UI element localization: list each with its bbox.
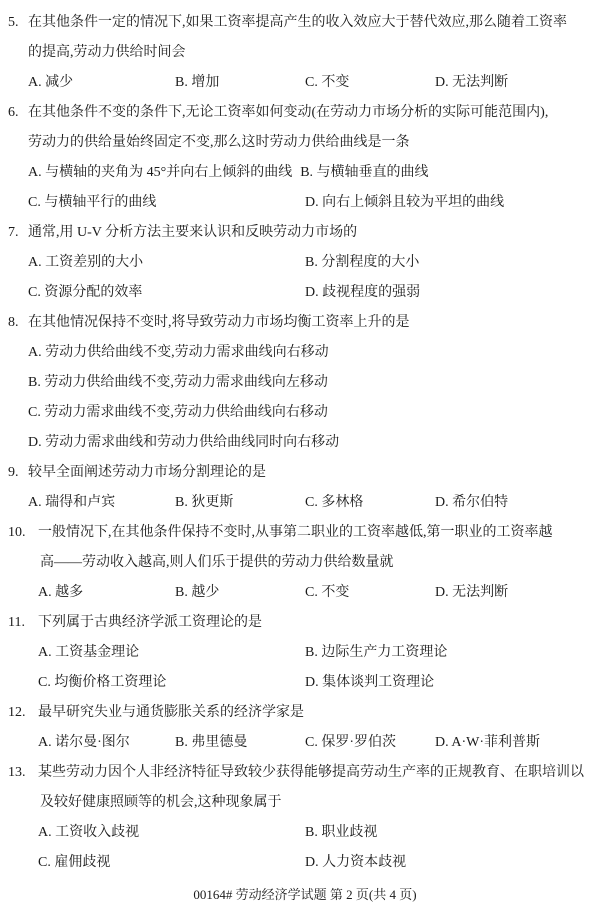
option: C. 雇佣歧视 xyxy=(38,848,305,878)
option: A. 工资差别的大小 xyxy=(28,248,305,278)
option: C. 保罗·罗伯茨 xyxy=(305,728,435,758)
option: A. 工资基金理论 xyxy=(38,638,305,668)
option: B. 边际生产力工资理论 xyxy=(305,638,447,668)
option: A. 诺尔曼·图尔 xyxy=(38,728,175,758)
question-stem: 高——劳动收入越高,则人们乐于提供的劳动力供给数量就 xyxy=(0,548,610,578)
option: B. 劳动力供给曲线不变,劳动力需求曲线向左移动 xyxy=(0,368,610,398)
question-number: 5. xyxy=(8,8,28,38)
option: A. 工资收入歧视 xyxy=(38,818,305,848)
option: B. 增加 xyxy=(175,68,305,98)
question: 10. 一般情况下,在其他条件保持不变时,从事第二职业的工资率越低,第一职业的工… xyxy=(0,518,610,608)
question-number: 13. xyxy=(8,758,38,788)
question: 9. 较早全面阐述劳动力市场分割理论的是 A. 瑞得和卢宾B. 狄更斯C. 多林… xyxy=(0,458,610,518)
option: C. 劳动力需求曲线不变,劳动力供给曲线向右移动 xyxy=(0,398,610,428)
question-stem: 下列属于古典经济学派工资理论的是 xyxy=(38,608,610,638)
question-stem: 及较好健康照顾等的机会,这种现象属于 xyxy=(0,788,610,818)
question-stem: 最早研究失业与通货膨胀关系的经济学家是 xyxy=(38,698,610,728)
option: D. 希尔伯特 xyxy=(435,488,508,518)
option: C. 不变 xyxy=(305,68,435,98)
option: D. 集体谈判工资理论 xyxy=(305,668,434,698)
option: B. 与横轴垂直的曲线 xyxy=(300,158,428,188)
option: C. 资源分配的效率 xyxy=(28,278,305,308)
option: A. 减少 xyxy=(28,68,175,98)
question: 6. 在其他条件不变的条件下,无论工资率如何变动(在劳动力市场分析的实际可能范围… xyxy=(0,98,610,218)
question-stem: 在其他情况保持不变时,将导致劳动力市场均衡工资率上升的是 xyxy=(28,308,610,338)
question: 13. 某些劳动力因个人非经济特征导致较少获得能够提高劳动生产率的正规教育、在职… xyxy=(0,758,610,878)
question-stem: 通常,用 U-V 分析方法主要来认识和反映劳动力市场的 xyxy=(28,218,610,248)
question-number: 6. xyxy=(8,98,28,128)
question-stem: 某些劳动力因个人非经济特征导致较少获得能够提高劳动生产率的正规教育、在职培训以 xyxy=(38,758,610,788)
option: B. 越少 xyxy=(175,578,305,608)
question-stem: 在其他条件不变的条件下,无论工资率如何变动(在劳动力市场分析的实际可能范围内), xyxy=(28,98,610,128)
question-stem: 的提高,劳动力供给时间会 xyxy=(0,38,610,68)
option: D. A·W·菲利普斯 xyxy=(435,728,540,758)
option: A. 瑞得和卢宾 xyxy=(28,488,175,518)
exam-page: 5. 在其他条件一定的情况下,如果工资率提高产生的收入效应大于替代效应,那么随着… xyxy=(0,0,610,922)
question: 8. 在其他情况保持不变时,将导致劳动力市场均衡工资率上升的是 A. 劳动力供给… xyxy=(0,308,610,458)
option: D. 劳动力需求曲线和劳动力供给曲线同时向右移动 xyxy=(0,428,610,458)
question-number: 7. xyxy=(8,218,28,248)
option: A. 劳动力供给曲线不变,劳动力需求曲线向右移动 xyxy=(0,338,610,368)
option: D. 无法判断 xyxy=(435,578,508,608)
question: 11. 下列属于古典经济学派工资理论的是 A. 工资基金理论B. 边际生产力工资… xyxy=(0,608,610,698)
option: A. 越多 xyxy=(38,578,175,608)
page-footer: 00164# 劳动经济学试题 第 2 页(共 4 页) xyxy=(0,882,610,908)
question: 5. 在其他条件一定的情况下,如果工资率提高产生的收入效应大于替代效应,那么随着… xyxy=(0,8,610,98)
question-number: 9. xyxy=(8,458,28,488)
question: 7. 通常,用 U-V 分析方法主要来认识和反映劳动力市场的 A. 工资差别的大… xyxy=(0,218,610,308)
option: A. 与横轴的夹角为 45°并向右上倾斜的曲线 xyxy=(28,158,292,188)
option: B. 弗里德曼 xyxy=(175,728,305,758)
option: B. 狄更斯 xyxy=(175,488,305,518)
question-stem: 一般情况下,在其他条件保持不变时,从事第二职业的工资率越低,第一职业的工资率越 xyxy=(38,518,610,548)
option: D. 无法判断 xyxy=(435,68,508,98)
question-stem: 劳动力的供给量始终固定不变,那么这时劳动力供给曲线是一条 xyxy=(0,128,610,158)
option: C. 与横轴平行的曲线 xyxy=(28,188,305,218)
option: D. 歧视程度的强弱 xyxy=(305,278,420,308)
option: B. 分割程度的大小 xyxy=(305,248,419,278)
option: D. 人力资本歧视 xyxy=(305,848,406,878)
question-number: 8. xyxy=(8,308,28,338)
question-stem: 较早全面阐述劳动力市场分割理论的是 xyxy=(28,458,610,488)
option: C. 多林格 xyxy=(305,488,435,518)
question: 12. 最早研究失业与通货膨胀关系的经济学家是 A. 诺尔曼·图尔B. 弗里德曼… xyxy=(0,698,610,758)
option: C. 均衡价格工资理论 xyxy=(38,668,305,698)
option: D. 向右上倾斜且较为平坦的曲线 xyxy=(305,188,504,218)
question-number: 12. xyxy=(8,698,38,728)
question-stem: 在其他条件一定的情况下,如果工资率提高产生的收入效应大于替代效应,那么随着工资率 xyxy=(28,8,610,38)
question-number: 11. xyxy=(8,608,38,638)
option: C. 不变 xyxy=(305,578,435,608)
question-number: 10. xyxy=(8,518,38,548)
option: B. 职业歧视 xyxy=(305,818,377,848)
